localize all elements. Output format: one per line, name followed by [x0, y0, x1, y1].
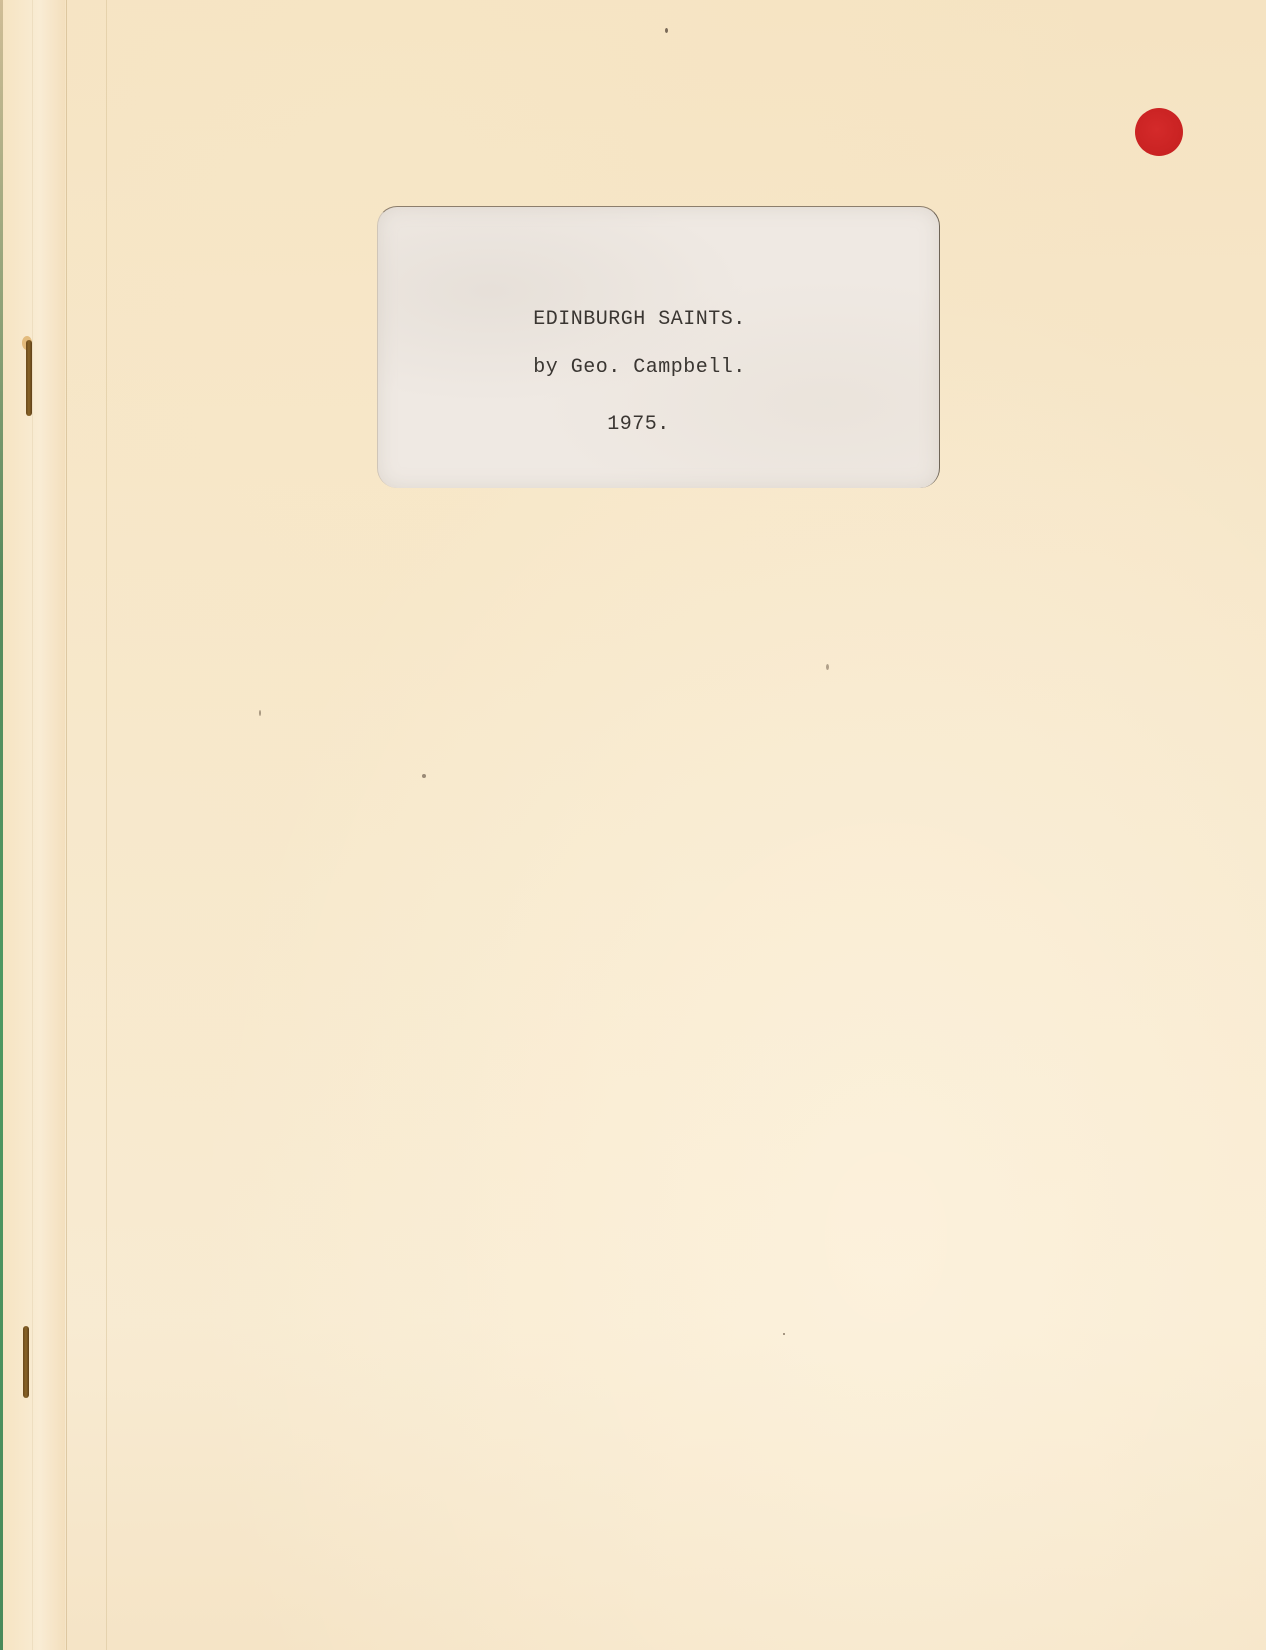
spine-crease [32, 0, 33, 1650]
spine-area [3, 0, 65, 1650]
book-author: by Geo. Campbell. [359, 356, 920, 379]
paper-speck [783, 1333, 785, 1335]
book-title: EDINBURGH SAINTS. [359, 308, 920, 331]
staple-top [26, 340, 32, 416]
paper-speck [422, 774, 426, 778]
paper-speck [259, 710, 261, 716]
title-label: EDINBURGH SAINTS. by Geo. Campbell. 1975… [377, 206, 940, 488]
paper-speck [665, 28, 668, 33]
spine-fold-line [66, 0, 67, 1650]
cover-hinge-line [106, 0, 107, 1650]
book-year: 1975. [358, 413, 919, 436]
staple-bottom [23, 1326, 29, 1398]
paper-speck [826, 664, 829, 670]
red-dot-sticker [1135, 108, 1183, 156]
